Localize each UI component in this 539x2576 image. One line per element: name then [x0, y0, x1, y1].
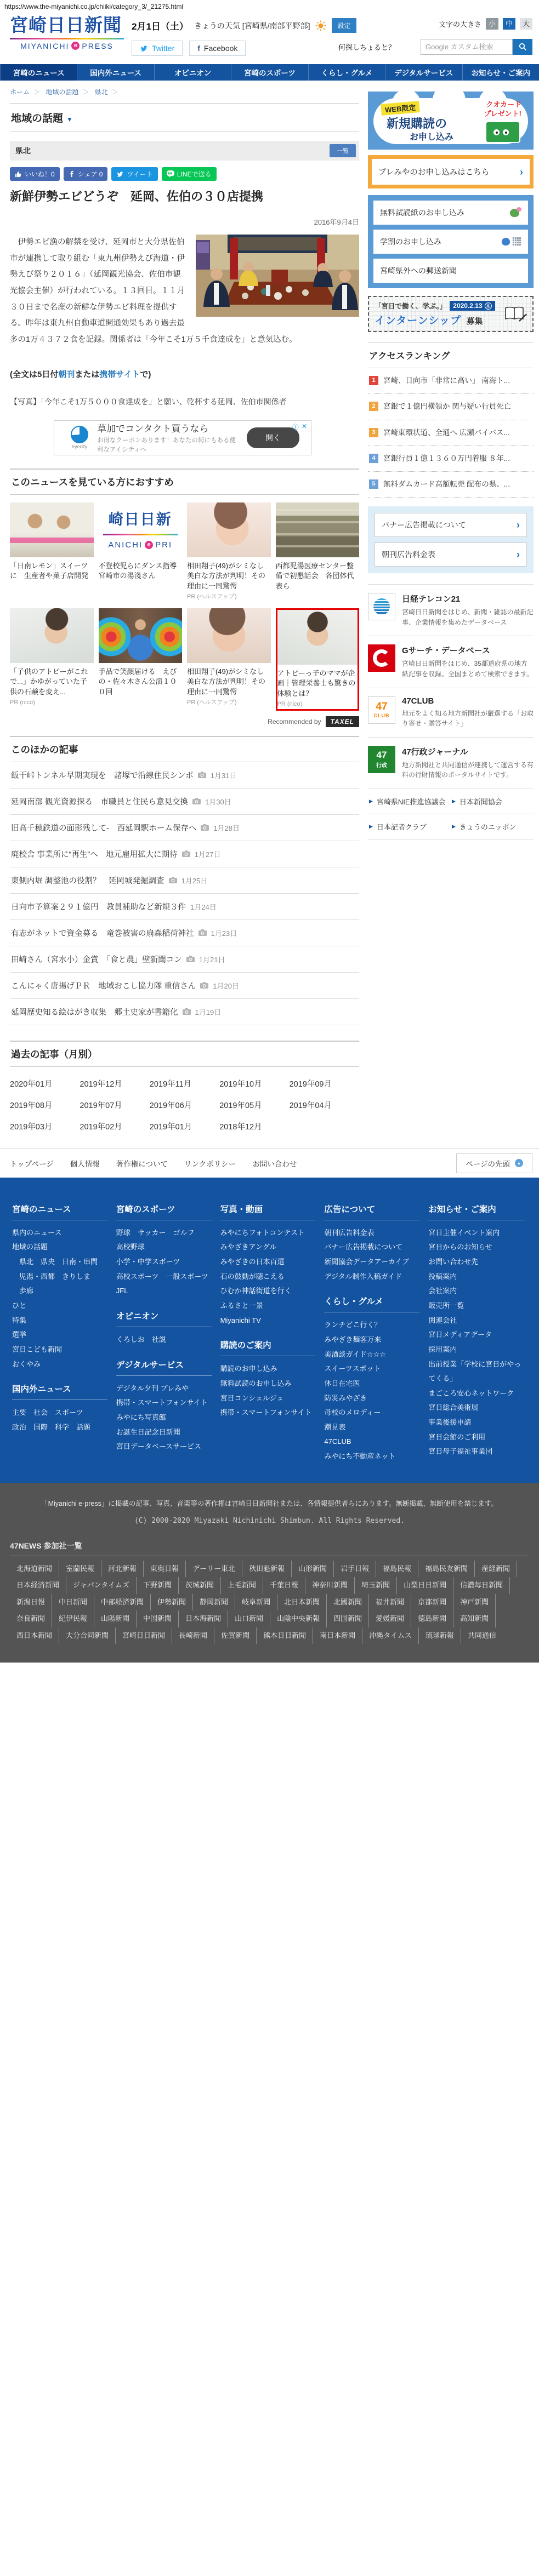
eyecity-logo-icon	[71, 426, 88, 443]
news47-paper-link[interactable]: 西日本新聞	[10, 1627, 59, 1644]
page: https://www.the-miyanichi.co.jp/chiiki/c…	[0, 0, 539, 2576]
article-list-date: 1月25日	[181, 875, 208, 886]
ad-title: 草加でコンタクト買うなら	[97, 421, 237, 435]
nav-item-label: 宮崎のニュース	[13, 67, 65, 78]
internship-date: 2020.2.13	[453, 302, 482, 310]
footer-link[interactable]: 歩廊	[12, 1284, 107, 1299]
camera-icon	[200, 982, 208, 989]
triangle-right-icon: ▶	[369, 824, 373, 830]
facebook-share-button[interactable]: シェア 0	[64, 167, 108, 181]
epress-e-icon: e	[145, 541, 153, 549]
footer-link[interactable]: 無料試読のお申し込み	[220, 1376, 316, 1391]
ad-info-button[interactable]: 朝刊広告料金表 ›	[375, 542, 527, 567]
footer-link[interactable]: 宮日こども新聞	[12, 1343, 107, 1357]
article-photo[interactable]	[196, 235, 359, 317]
subscription-link-button[interactable]: 宮崎県外への郵送新聞	[373, 259, 528, 283]
internship-banner[interactable]: 「宮日で働く、学ぶ。」 2020.2.13木 インターンシップ 募集	[368, 296, 534, 332]
subscription-link-label: 学割のお申し込み	[380, 236, 441, 247]
footer-section-title[interactable]: 宮崎のニュース	[12, 1203, 107, 1220]
rank-number-badge: 4	[369, 454, 378, 463]
font-size-small-button[interactable]: 小	[486, 18, 498, 30]
footer-link[interactable]: 宮日主催イベント案内	[428, 1226, 524, 1241]
footer-link[interactable]: 防災みやざき	[324, 1391, 419, 1406]
footer-link[interactable]: みやにち不動産ネット	[324, 1449, 419, 1464]
weather-settings-button[interactable]: 設定	[332, 18, 356, 33]
partner-link[interactable]: ▶ 宮崎県NIE推進協議会	[368, 789, 451, 814]
article-list-date: 1月30日	[205, 796, 231, 807]
line-icon	[167, 170, 174, 178]
prefooter-links: トップページ 個人情報 著作権について リンクポリシー お問い合わせ	[10, 1158, 297, 1169]
footer-link[interactable]: くろしお 社説	[116, 1333, 212, 1347]
news47-paper-link[interactable]: 山陰中央新報	[270, 1610, 327, 1627]
article-list-item[interactable]: 延岡南部 観光資源探る 市職員と住民ら意見交換 1月30日	[10, 789, 359, 815]
footer-link[interactable]: 地域の話題	[12, 1240, 107, 1255]
partner-link[interactable]: ▶ 日本記者クラブ	[368, 814, 451, 839]
archive-month-link[interactable]: 2020年01月	[10, 1078, 80, 1089]
archive-month-link[interactable]: 2019年12月	[80, 1078, 149, 1089]
news47-paper-link[interactable]: 共同通信	[461, 1627, 503, 1644]
footer-link[interactable]: 採用案内	[428, 1343, 524, 1357]
footer-section-title[interactable]: 写真・動画	[220, 1203, 316, 1220]
footer-link[interactable]: 高校野球	[116, 1240, 212, 1255]
recommended-card[interactable]: 相田翔子(49)がシミなし美白な方法が判明！その理由に一同驚愕 PR (ヘルスア…	[187, 502, 271, 602]
archive-month-link[interactable]: 2019年07月	[80, 1099, 149, 1111]
rank-number-badge: 1	[369, 376, 378, 385]
footer-section-title[interactable]: 購読のご案内	[220, 1339, 316, 1356]
article-list-title: 有志がネットで資金募る 竜巻被害の扇森稲荷神社	[11, 927, 194, 939]
footer-section-title[interactable]: 宮崎のスポーツ	[116, 1203, 212, 1220]
news47-paper-link[interactable]: 徳島新聞	[411, 1610, 453, 1627]
news47-paper-link[interactable]: 下野新聞	[137, 1577, 179, 1594]
nav-item[interactable]: 宮崎のスポーツ	[231, 64, 308, 81]
copyright-line: (C) 2000-2020 Miyazaki Nichinichi Shimbu…	[0, 1517, 539, 1525]
nav-item[interactable]: 国内外ニュース	[77, 64, 154, 81]
service-description: 地方新聞社と共同通信が連携して運営する有料の行財情報のポータルサイトです。	[402, 760, 534, 780]
premiya-apply-button[interactable]: プレみやのお申し込みはこちら ›	[368, 155, 534, 189]
news47-paper-link[interactable]: 岩手日報	[334, 1561, 376, 1578]
news47-paper-link[interactable]: 大分合同新聞	[59, 1627, 116, 1644]
service-item[interactable]: Gサーチ・データベース 宮崎日日新聞をはじめ、35都道府県の地方紙記事を収録。全…	[368, 636, 534, 687]
main-nav: 宮崎のニュース 国内外ニュース オピニオン 宮崎のスポーツ くらし・グルメ デジ…	[0, 64, 539, 81]
news47-paper-link[interactable]: 伊勢新聞	[151, 1594, 193, 1611]
footer-link[interactable]: ふるさと一景	[220, 1299, 316, 1313]
list-all-button[interactable]: 一覧	[330, 144, 356, 157]
chevron-right-icon: ›	[520, 167, 523, 177]
news47-paper-link[interactable]: 東奥日報	[144, 1561, 186, 1578]
footer-link[interactable]: 宮日会館のご利用	[428, 1430, 524, 1445]
footer-link[interactable]: 休日在宅医	[324, 1376, 419, 1391]
news47-paper-link[interactable]: 高知新聞	[453, 1610, 496, 1627]
footer-link[interactable]: 投稿案内	[428, 1270, 524, 1284]
archive-month-link[interactable]: 2019年01月	[150, 1121, 219, 1132]
footer-link[interactable]: 宮日コンシェルジュ	[220, 1391, 316, 1406]
article-list-item[interactable]: こんにゃく唐揚げＰＲ 地域おこし協力隊 重信さん 1月20日	[10, 973, 359, 999]
news47-paper-link[interactable]: 山梨日日新聞	[397, 1577, 453, 1594]
footer-link[interactable]: 宮日データベースサービス	[116, 1440, 212, 1454]
service-name: 47行政ジャーナル	[402, 746, 534, 757]
article-list-date: 1月28日	[213, 823, 240, 833]
facebook-f-icon: f	[197, 44, 200, 53]
prefooter-link[interactable]: お問い合わせ	[252, 1158, 297, 1169]
category-title: 県北	[15, 145, 31, 156]
archive-month-link[interactable]: 2019年09月	[290, 1078, 359, 1089]
news47-paper-link[interactable]: 福島民友新聞	[418, 1561, 475, 1578]
footer-link[interactable]: 宮日総合美術展	[428, 1401, 524, 1415]
footer-section: くらし・グルメ ランチどこ行く？ みやざき麺客万来 美酒談ガイド☆☆☆	[324, 1295, 419, 1464]
search-hint-link[interactable]: 何探しちょると？	[338, 42, 395, 52]
footer-link[interactable]: 宮日からのお知らせ	[428, 1240, 524, 1255]
archive-month-link[interactable]: 2019年10月	[219, 1078, 289, 1089]
news47-paper-link[interactable]: 紀伊民報	[52, 1610, 94, 1627]
twitter-button[interactable]: Twitter	[132, 41, 183, 56]
footer-link[interactable]: お誕生日記念日新聞	[116, 1425, 212, 1440]
camera-icon	[198, 929, 207, 936]
footer-link[interactable]: みやにち写真館	[116, 1410, 212, 1425]
recommended-card[interactable]: 「子供のアトピーがこれで...」かゆがっていた子供の石鹸を変え... PR (n…	[10, 608, 94, 711]
footer-link[interactable]: JFL	[116, 1284, 212, 1299]
footer-link[interactable]: みやざきの日本百選	[220, 1255, 316, 1270]
section-title: 地域の話題▼	[10, 103, 359, 132]
service-item[interactable]: 47 行政 47行政ジャーナル 地方新聞社と共同通信が連携して運営する有料の行財…	[368, 737, 534, 789]
ranking-item[interactable]: 1 宮崎、日向市「非常に高い」 南海ト...	[368, 368, 534, 394]
footer-link[interactable]: 潮見表	[324, 1420, 419, 1435]
ranking-item-title: 宮崎東環状道、全通へ 広瀬バイパス...	[383, 427, 510, 438]
footer-section-title[interactable]: 国内外ニュース	[12, 1383, 107, 1400]
archive-month-link[interactable]: 2019年04月	[290, 1099, 359, 1111]
news47-paper-link[interactable]: デーリー東北	[186, 1561, 242, 1578]
footer-link[interactable]: まごころ安心ネットワーク	[428, 1386, 524, 1401]
footer-link[interactable]: 県北 県央 日南・串間	[12, 1255, 107, 1270]
triangle-right-icon: ▶	[452, 824, 456, 830]
article-list-date: 1月19日	[195, 1007, 222, 1017]
archive-month-link[interactable]: 2019年02月	[80, 1121, 149, 1132]
footer-link[interactable]: スイーツスポット	[324, 1362, 419, 1376]
footer-link[interactable]: おくやみ	[12, 1357, 107, 1372]
footer-link[interactable]: みやにちフォトコンテスト	[220, 1226, 316, 1241]
news47-paper-link[interactable]: ジャパンタイムズ	[66, 1577, 137, 1594]
nav-item[interactable]: オピニオン	[154, 64, 231, 81]
footer-link[interactable]: 販売所一覧	[428, 1299, 524, 1313]
article-list-item[interactable]: 日向市予算案２９１億円 教員補助など新規３件 1月24日	[10, 894, 359, 920]
search-button[interactable]	[513, 39, 532, 55]
ranking-item[interactable]: 5 無料ダムカード高額転売 配布の県、...	[368, 472, 534, 498]
nav-item[interactable]: 宮崎のニュース	[0, 64, 77, 81]
site-logo[interactable]: 宮崎日日新聞 MIYANICHI e PRESS	[10, 16, 124, 50]
nav-item-label: オピニオン	[174, 67, 212, 78]
footer-link[interactable]: 選挙	[12, 1328, 107, 1343]
news47-paper-link[interactable]: 四国新聞	[327, 1610, 369, 1627]
footer-link[interactable]: 47CLUB	[324, 1435, 419, 1449]
news47-paper-link[interactable]: 神奈川新聞	[305, 1577, 355, 1594]
footer-link[interactable]: 母校のメロディー	[324, 1406, 419, 1420]
note-prefix: (全文は5日付	[10, 370, 58, 379]
article-list-item[interactable]: 飯干峠トンネル早期実現を 諸塚で沿線住民シンポ 1月31日	[10, 762, 359, 789]
footer-link[interactable]: 携帯・スマートフォンサイト	[116, 1396, 212, 1410]
footer-link[interactable]: 野球 サッカー ゴルフ	[116, 1226, 212, 1241]
breadcrumb-separator: ＞	[33, 88, 40, 96]
footer-section-title[interactable]: お知らせ・ご案内	[428, 1203, 524, 1220]
footer-link[interactable]: 石の鼓動が聴こえる	[220, 1270, 316, 1284]
partner-link-label: きょうのニッポン	[459, 821, 516, 832]
nav-item[interactable]: くらし・グルメ	[308, 64, 385, 81]
subscription-link-button[interactable]: 学割のお申し込み	[373, 230, 528, 254]
footer-section-title[interactable]: オピニオン	[116, 1310, 212, 1327]
search-input[interactable]	[421, 39, 513, 55]
service-description: 地元をよく知る地方新聞社が厳選する「お取り寄せ・贈答サイト」	[402, 709, 534, 729]
ad-info-icon[interactable]: ⓘ	[292, 422, 299, 432]
book-pencil-icon	[504, 306, 527, 322]
page-top-label: ページの先頭	[466, 1158, 510, 1169]
archive-month-link[interactable]: 2019年05月	[219, 1099, 289, 1111]
breadcrumb-link[interactable]: 県北	[95, 88, 108, 96]
news47-paper-link[interactable]: 茨城新聞	[179, 1577, 221, 1594]
breadcrumb-link[interactable]: 地域の話題	[46, 88, 78, 96]
archive-month-link[interactable]: 2019年11月	[150, 1078, 219, 1089]
font-size-large-button[interactable]: 大	[520, 18, 532, 30]
footer-link[interactable]: 県内のニュース	[12, 1226, 107, 1241]
chevron-right-icon: ›	[517, 550, 520, 559]
news47-paper-link[interactable]: 中国新聞	[137, 1610, 179, 1627]
footer-link[interactable]: ひと	[12, 1299, 107, 1313]
card-pr-label: PR (nico)	[10, 699, 94, 707]
ad-banner[interactable]: eyecity 草加でコンタクト買うなら お得なクーポンあります！あなたの街にも…	[54, 420, 311, 455]
thumb-logo-text: 崎日日新 ANICHIePRI	[99, 509, 183, 551]
news47-paper-link[interactable]: 神戸新聞	[453, 1594, 496, 1611]
other-articles-heading: このほかの記事	[10, 736, 359, 762]
service-logo-line2: 行政	[376, 761, 387, 769]
prefooter-link[interactable]: リンクポリシー	[184, 1158, 236, 1169]
tweet-button[interactable]: ツイート	[111, 167, 157, 181]
footer-link[interactable]: 朝刊広告料金表	[324, 1226, 419, 1241]
footer-link[interactable]: ひむか神話街道を行く	[220, 1284, 316, 1299]
font-size-medium-button[interactable]: 中	[503, 18, 515, 30]
line-button-label: LINEで送る	[177, 169, 212, 179]
ranking-item-title: 宮銀で１億円横領か 関与疑い行員死亡	[383, 401, 511, 412]
footer-link[interactable]: 政治 国際 科学 話題	[12, 1420, 107, 1435]
footer-link[interactable]: 関連会社	[428, 1313, 524, 1328]
news47-paper-link[interactable]: 北海道新聞	[10, 1561, 59, 1578]
recommended-heading: このニュースを見ている方におすすめ	[10, 469, 359, 495]
footer-link[interactable]: 新聞協会データアーカイブ	[324, 1255, 419, 1270]
news47-paper-link[interactable]: 中部経済新聞	[94, 1594, 151, 1611]
prefooter-link[interactable]: トップページ	[10, 1158, 54, 1169]
search-icon	[519, 43, 527, 51]
nav-item-label: デジタルサービス	[394, 67, 453, 78]
ranking-item[interactable]: 4 宮銀行員１億１３６０万円着服 ８年...	[368, 446, 534, 472]
line-share-button[interactable]: LINEで送る	[162, 167, 217, 181]
footer-link[interactable]: Miyanichi TV	[220, 1313, 316, 1328]
divider	[10, 1556, 529, 1556]
thumb-logo-line2: ANICHIePRI	[99, 539, 183, 551]
recommended-card[interactable]: 西都児湯医療センター整備で初懇話会 各団体代表ら	[276, 502, 360, 602]
service-item[interactable]: 47 CLUB 47CLUB 地元をよく知る地方新聞社が厳選する「お取り寄せ・贈…	[368, 688, 534, 737]
taxel-logo[interactable]: TAXEL	[326, 716, 359, 727]
news47-paper-link[interactable]: 日本海新聞	[179, 1610, 228, 1627]
ad-advertiser-name: eyecity	[71, 444, 88, 449]
news47-paper-link[interactable]: 北日本新聞	[277, 1594, 327, 1611]
article-list-item[interactable]: 田崎さん（宮水小）金賞 「食と農」壁新聞コン 1月21日	[10, 946, 359, 973]
thumb-logo-line1: 崎日日新	[99, 509, 183, 530]
article-list-item[interactable]: 廃校舎 事業所に“再生”へ 地元雇用拡大に期待 1月27日	[10, 841, 359, 867]
footer-link[interactable]: 出前授業「学校に宮日がやってくる」	[428, 1357, 524, 1386]
footer-section: 宮崎のニュース 県内のニュース 地域の話題 県北 県央 日南・串間	[12, 1203, 107, 1372]
footer-link[interactable]: みやざき麺客万来	[324, 1333, 419, 1347]
news47-paper-link[interactable]: 新潟日報	[10, 1594, 52, 1611]
copyright-notice: 「Miyanichi e-press」に掲載の記事、写真、音楽等の著作権は宮崎日…	[0, 1498, 539, 1508]
news47-paper-link[interactable]: 上毛新聞	[221, 1577, 263, 1594]
archive-month-link[interactable]: 2019年08月	[10, 1099, 80, 1111]
subscription-banner[interactable]: WEB限定 新規購読の お申し込み クオカード プレゼント!	[368, 92, 534, 150]
facebook-button-label: Facebook	[204, 44, 237, 53]
news47-paper-link[interactable]: 山口新聞	[228, 1610, 270, 1627]
news47-paper-link[interactable]: 千葉日報	[263, 1577, 305, 1594]
news47-paper-link[interactable]: 岐阜新聞	[235, 1594, 277, 1611]
archive-month-link[interactable]: 2018年12月	[219, 1121, 289, 1132]
news47-paper-link[interactable]: 北國新聞	[327, 1594, 369, 1611]
footer-link[interactable]: 携帯・スマートフォンサイト	[220, 1406, 316, 1420]
partner-link[interactable]: ▶ きょうのニッポン	[451, 814, 534, 839]
ad-info-button[interactable]: バナー広告掲載について ›	[375, 513, 527, 537]
logo-rainbow-bar	[10, 38, 124, 39]
breadcrumb-separator: ＞	[82, 88, 89, 96]
news47-paper-link[interactable]: 南日本新聞	[313, 1627, 362, 1644]
article-list-item[interactable]: 延岡歴史知る絵はがき収集 郷土史家が書籍化 1月19日	[10, 999, 359, 1025]
facebook-button[interactable]: f Facebook	[189, 41, 246, 56]
footer-section-title[interactable]: くらし・グルメ	[324, 1295, 419, 1312]
weather-link[interactable]: きょうの天気 [宮崎県/南部平野部]	[194, 20, 310, 31]
footer-link[interactable]: 特集	[12, 1313, 107, 1328]
camera-icon	[198, 772, 206, 778]
note-suffix: で)	[140, 370, 151, 379]
article-list-title: 東側内堀 調整池の役割？ 延岡城発掘調査	[11, 875, 164, 886]
recommended-card[interactable]: 手品で笑顔届ける えびの・佐々木さん公演１００回	[99, 608, 183, 711]
news47-paper-link[interactable]: 埼玉新聞	[355, 1577, 397, 1594]
card-thumbnail	[276, 502, 360, 557]
news47-paper-link[interactable]: 静岡新聞	[193, 1594, 235, 1611]
footer-link[interactable]: 宮日母子福祉事業団	[428, 1444, 524, 1459]
news47-paper-link[interactable]: 京都新聞	[411, 1594, 453, 1611]
news47-paper-link[interactable]: 愛媛新聞	[369, 1610, 411, 1627]
article-list-item[interactable]: 有志がネットで資金募る 竜巻被害の扇森稲荷神社 1月23日	[10, 920, 359, 946]
news47-paper-link[interactable]: 福島民報	[376, 1561, 418, 1578]
news47-paper-link[interactable]: 秋田魁新報	[242, 1561, 292, 1578]
footer-section-title[interactable]: 広告について	[324, 1203, 419, 1220]
news47-paper-link[interactable]: 山陽新聞	[94, 1610, 137, 1627]
footer-column: 宮崎のニュース 県内のニュース 地域の話題 県北 県央 日南・串間	[12, 1192, 116, 1464]
footer-link[interactable]: みやざきアングル	[220, 1240, 316, 1255]
prefooter-link[interactable]: 個人情報	[70, 1158, 100, 1169]
footer-column: お知らせ・ご案内 宮日主催イベント案内 宮日からのお知らせ お問い合わせ先	[428, 1192, 532, 1464]
footer-link[interactable]: お問い合わせ先	[428, 1255, 524, 1270]
news47-paper-link[interactable]: 福井新聞	[369, 1594, 411, 1611]
quo-card-icon	[485, 121, 520, 143]
footer-link[interactable]: 小学・中学スポーツ	[116, 1255, 212, 1270]
article-date: 2016年9月4日	[10, 216, 359, 227]
news47-paper-link[interactable]: 日本経済新聞	[10, 1577, 66, 1594]
nav-item[interactable]: デジタルサービス	[385, 64, 462, 81]
footer-link[interactable]: 会社案内	[428, 1284, 524, 1299]
footer-link[interactable]: デジタル制作入稿ガイド	[324, 1270, 419, 1284]
news47-paper-link[interactable]: 沖縄タイムス	[362, 1627, 419, 1644]
prefooter-link[interactable]: 著作権について	[116, 1158, 168, 1169]
footer-link[interactable]: ランチどこ行く？	[324, 1318, 419, 1333]
footer-link[interactable]: 購読のお申し込み	[220, 1362, 316, 1376]
news47-heading: 47NEWS 参加社一覧	[10, 1540, 529, 1551]
rank-number-badge: 5	[369, 479, 378, 489]
subscription-link-button[interactable]: 無料試読紙のお申し込み	[373, 201, 528, 225]
footer-link[interactable]: 高校スポーツ 一般スポーツ	[116, 1270, 212, 1284]
article-list-item[interactable]: 旧高千穂鉄道の面影残して- 西延岡駅ホーム保存へ 1月28日	[10, 815, 359, 841]
today-date: 2月1日（土）	[132, 19, 189, 32]
ad-info-box: バナー広告掲載について › 朝刊広告料金表 ›	[368, 506, 534, 573]
ranking-item[interactable]: 3 宮崎東環状道、全通へ 広瀬バイパス...	[368, 420, 534, 446]
service-name: 47CLUB	[402, 696, 534, 706]
footer-link[interactable]: 主要 社会 スポーツ	[12, 1406, 107, 1420]
partner-link[interactable]: ▶ 日本新聞協会	[451, 789, 534, 814]
footer-link[interactable]: デジタル夕刊 プレみや	[116, 1381, 212, 1396]
ad-open-button[interactable]: 開く	[247, 427, 299, 448]
article-list-date: 1月21日	[199, 954, 225, 964]
footer-link[interactable]: 美酒談ガイド☆☆☆	[324, 1347, 419, 1362]
promo-gift-line2: プレゼント!	[484, 110, 521, 119]
footer-link[interactable]: 児湯・西都 きりしま	[12, 1270, 107, 1284]
news47-paper-link[interactable]: 山形新聞	[292, 1561, 334, 1578]
news47-paper-link[interactable]: 産経新聞	[475, 1561, 517, 1578]
news47-paper-link[interactable]: 奈良新聞	[10, 1610, 52, 1627]
article-list-date: 1月20日	[213, 980, 239, 991]
rank-number-badge: 2	[369, 402, 378, 411]
page-top-button[interactable]: ページの先頭 ▲	[456, 1153, 532, 1173]
archive-month-link[interactable]: 2019年03月	[10, 1121, 80, 1132]
chevron-down-icon[interactable]: ▼	[66, 116, 73, 123]
card-title: 相田翔子(49)がシミなし美白な方法が判明！その理由に一同驚愕	[187, 667, 271, 697]
recommended-card[interactable]: アトピーっ子のママが企画｜管理栄養士も驚きの体験とは？ PR (nico)	[276, 608, 360, 711]
service-item[interactable]: 日経テレコン21 宮崎日日新聞をはじめ、新聞・雑誌の最新記事、企業情報を集めたデ…	[368, 584, 534, 636]
logo-sub-left: MIYANICHI	[20, 42, 69, 50]
footer-link[interactable]: 事業後援申請	[428, 1415, 524, 1430]
archive-month-link[interactable]: 2019年06月	[150, 1099, 219, 1111]
recommended-card[interactable]: 「日南レモン」スイーツに 生産者や菓子店開発	[10, 502, 94, 602]
ad-controls: ⓘ ✕	[292, 422, 307, 432]
footer-section: 購読のご案内 購読のお申し込み 無料試読のお申し込み 宮日コンシェルジュ	[220, 1339, 316, 1420]
article-list-item[interactable]: 東側内堀 調整池の役割？ 延岡城発掘調査 1月25日	[10, 867, 359, 894]
ad-close-icon[interactable]: ✕	[302, 422, 307, 432]
news47-paper-link[interactable]: 佐賀新聞	[214, 1627, 257, 1644]
news47-paper-link[interactable]: 宮崎日日新聞	[116, 1627, 172, 1644]
news47-paper-link[interactable]: 熊本日日新聞	[257, 1627, 313, 1644]
footer-link[interactable]: 宮日メディアデータ	[428, 1328, 524, 1343]
ranking-item[interactable]: 2 宮銀で１億円横領か 関与疑い行員死亡	[368, 394, 534, 420]
nav-item-label: 宮崎のスポーツ	[244, 67, 296, 78]
news47-paper-link[interactable]: 河北新報	[101, 1561, 144, 1578]
news47-paper-link[interactable]: 信濃毎日新聞	[453, 1577, 510, 1594]
nav-item[interactable]: お知らせ・ご案内	[462, 64, 539, 81]
morning-paper-link[interactable]: 朝刊	[58, 370, 75, 379]
mobile-site-link[interactable]: 携帯サイト	[99, 370, 140, 379]
news47-paper-link[interactable]: 中日新聞	[52, 1594, 94, 1611]
recommended-card[interactable]: 崎日日新 ANICHIePRI 不登校児らにダンス指導 宮崎市の湯淺さん	[99, 502, 183, 602]
footer-link[interactable]: バナー広告掲載について	[324, 1240, 419, 1255]
footer-section-title[interactable]: デジタルサービス	[116, 1358, 212, 1376]
news47-paper-link[interactable]: 室蘭民報	[59, 1561, 101, 1578]
recommended-by-row: Recommended byTAXEL	[10, 716, 359, 727]
recommended-card[interactable]: 相田翔子(49)がシミなし美白な方法が判明！その理由に一同驚愕 PR (ヘルスア…	[187, 608, 271, 711]
news47-paper-link[interactable]: 長崎新聞	[172, 1627, 214, 1644]
facebook-like-button[interactable]: いいね！0	[10, 167, 60, 181]
breadcrumb-link[interactable]: ホーム	[10, 88, 30, 96]
news47-paper-link[interactable]: 琉球新報	[419, 1627, 461, 1644]
access-ranking: アクセスランキング 1 宮崎、日向市「非常に高い」 南海ト... 2 宮銀で１億…	[368, 342, 534, 498]
